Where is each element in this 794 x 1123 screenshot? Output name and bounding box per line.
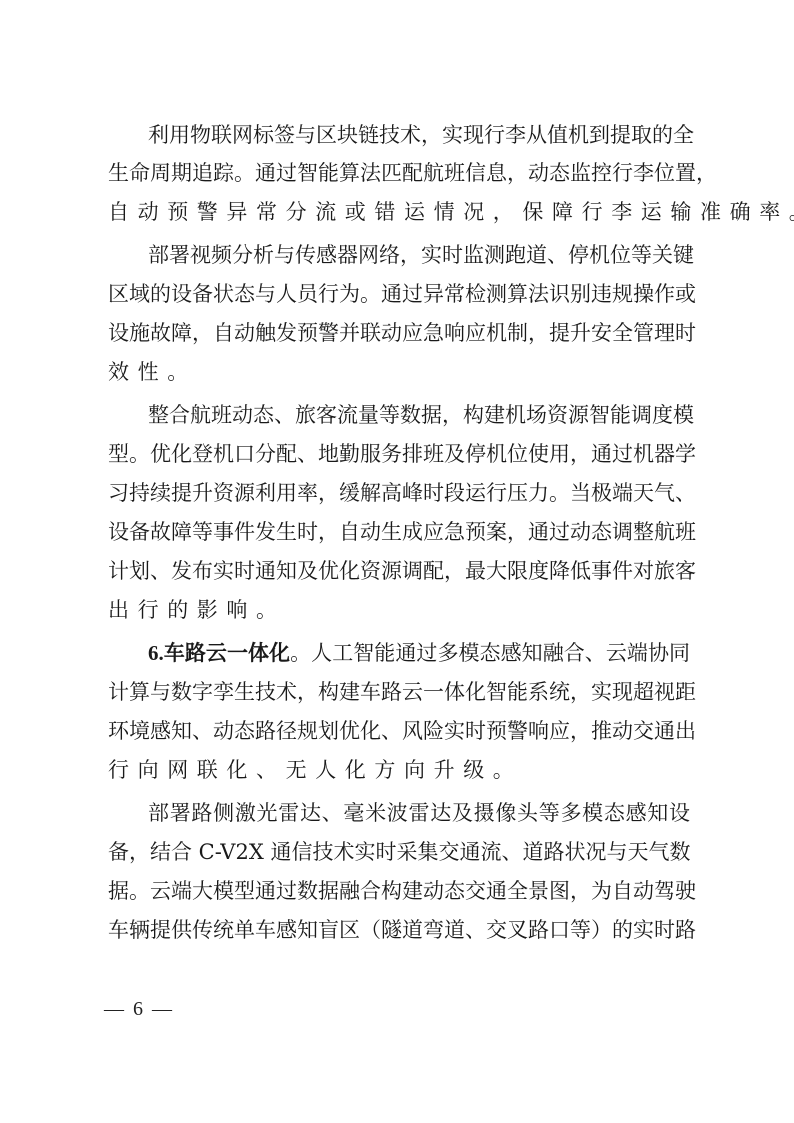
paragraph-line: 计划、发布实时通知及优化资源调配，最大限度降低事件对旅客 xyxy=(108,552,690,590)
paragraph-line: 设备故障等事件发生时，自动生成应急预案，通过动态调整航班 xyxy=(108,513,690,551)
section-heading-line: 6.车路云一体化。人工智能通过多模态感知融合、云端协同 xyxy=(148,634,690,672)
paragraph-line: 计算与数字孪生技术，构建车路云一体化智能系统，实现超视距 xyxy=(108,673,690,711)
paragraph-line: 整合航班动态、旅客流量等数据，构建机场资源智能调度模 xyxy=(148,396,690,434)
paragraph-text: 。人工智能通过多模态感知融合、云端协同 xyxy=(290,641,690,665)
document-page: 利用物联网标签与区块链技术，实现行李从值机到提取的全 生命周期追踪。通过智能算法… xyxy=(0,0,794,1123)
paragraph-line: 效性。 xyxy=(108,353,690,391)
paragraph-line: 区域的设备状态与人员行为。通过异常检测算法识别违规操作或 xyxy=(108,275,690,313)
paragraph-line: 习持续提升资源利用率，缓解高峰时段运行压力。当极端天气、 xyxy=(108,474,690,512)
paragraph-line: 车辆提供传统单车感知盲区（隧道弯道、交叉路口等）的实时路 xyxy=(108,911,690,949)
paragraph-line: 行向网联化、无人化方向升级。 xyxy=(108,751,690,789)
section-title: 车路云一体化 xyxy=(164,641,290,665)
page-number: — 6 — xyxy=(104,998,174,1021)
paragraph-line: 设施故障，自动触发预警并联动应急响应机制，提升安全管理时 xyxy=(108,314,690,352)
paragraph-line: 型。优化登机口分配、地勤服务排班及停机位使用，通过机器学 xyxy=(108,435,690,473)
section-number: 6. xyxy=(148,641,164,665)
paragraph-line: 利用物联网标签与区块链技术，实现行李从值机到提取的全 xyxy=(148,116,690,154)
paragraph-line: 自动预警异常分流或错运情况，保障行李运输准确率。 xyxy=(108,193,690,231)
paragraph-line: 部署路侧激光雷达、毫米波雷达及摄像头等多模态感知设 xyxy=(148,794,690,832)
paragraph-line: 环境感知、动态路径规划优化、风险实时预警响应，推动交通出 xyxy=(108,712,690,750)
paragraph-line: 部署视频分析与传感器网络，实时监测跑道、停机位等关键 xyxy=(148,236,690,274)
paragraph-line: 出行的影响。 xyxy=(108,591,690,629)
paragraph-line: 生命周期追踪。通过智能算法匹配航班信息，动态监控行李位置， xyxy=(108,154,690,192)
paragraph-line: 据。云端大模型通过数据融合构建动态交通全景图，为自动驾驶 xyxy=(108,872,690,910)
paragraph-line: 备，结合 C-V2X 通信技术实时采集交通流、道路状况与天气数 xyxy=(108,833,690,871)
